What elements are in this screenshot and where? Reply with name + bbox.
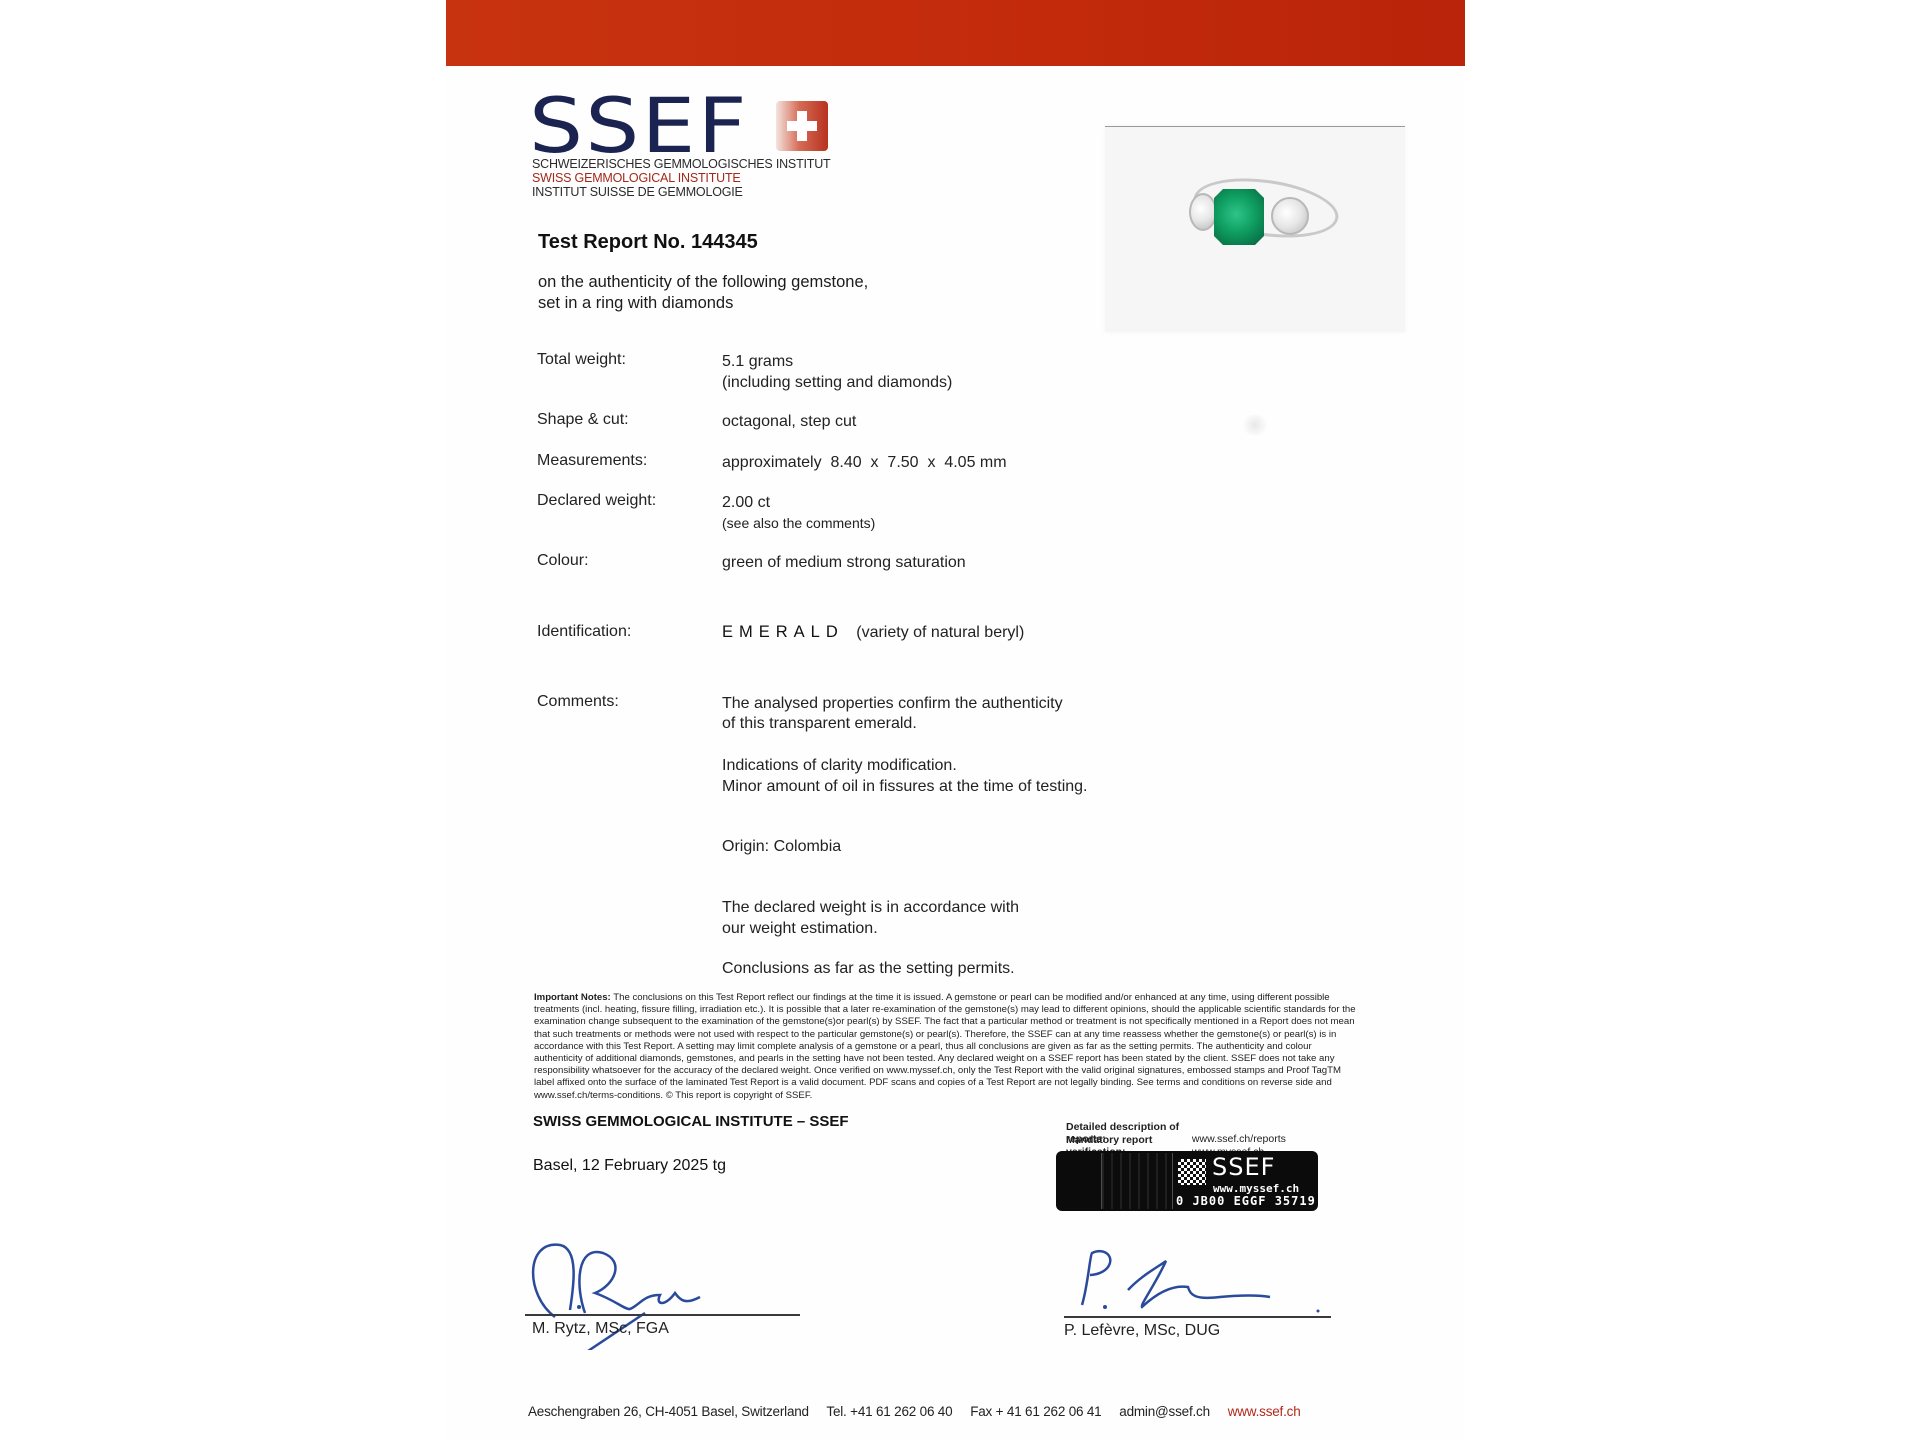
identification-note: (variety of natural beryl) (856, 624, 1024, 641)
important-notes: Important Notes: The conclusions on this… (534, 992, 1360, 1102)
identification-name: EMERALD (722, 623, 844, 641)
field-value-identification: EMERALD (variety of natural beryl) (722, 622, 1024, 643)
footer-address: Aeschengraben 26, CH-4051 Basel, Switzer… (528, 1404, 809, 1419)
comment-line: Conclusions as far as the setting permit… (722, 958, 1015, 979)
field-label-colour: Colour: (537, 552, 589, 570)
tag-logo: SSEF (1212, 1153, 1275, 1181)
comment-line: The analysed properties confirm the auth… (722, 693, 1063, 714)
field-note-total-weight: (including setting and diamonds) (722, 372, 952, 393)
comment-line: Minor amount of oil in fissures at the t… (722, 776, 1088, 797)
field-label-total-weight: Total weight: (537, 351, 626, 369)
issue-place-date: Basel, 12 February 2025 tg (533, 1157, 726, 1175)
emerald-ring-photo (1105, 126, 1405, 332)
diamond-icon (1271, 197, 1309, 235)
logo-subtitle-fr: INSTITUT SUISSE DE GEMMOLOGIE (532, 185, 743, 199)
report-intro: on the authenticity of the following gem… (538, 272, 868, 314)
field-value-shape-cut: octagonal, step cut (722, 411, 856, 432)
comment-line: our weight estimation. (722, 918, 878, 939)
field-value-colour: green of medium strong saturation (722, 552, 966, 573)
comment-line: Indications of clarity modification. (722, 755, 957, 776)
field-value-total-weight: 5.1 grams (722, 351, 793, 372)
field-label-declared-weight: Declared weight: (537, 492, 656, 510)
tag-code: 0 JB00 EGGF 35719 (1176, 1194, 1316, 1208)
logo-subtitle-en: SWISS GEMMOLOGICAL INSTITUTE (532, 171, 741, 185)
footer-website[interactable]: www.ssef.ch (1228, 1404, 1301, 1419)
footer-tel: Tel. +41 61 262 06 40 (826, 1404, 952, 1419)
diamond-icon (1189, 193, 1217, 231)
field-label-measurements: Measurements: (537, 452, 647, 470)
signatory-name: M. Rytz, MSc, FGA (532, 1320, 669, 1338)
footer-email[interactable]: admin@ssef.ch (1119, 1404, 1210, 1419)
field-label-shape-cut: Shape & cut: (537, 411, 629, 429)
intro-line: set in a ring with diamonds (538, 293, 868, 314)
logo-subtitle-de: SCHWEIZERISCHES GEMMOLOGISCHES INSTITUT (532, 157, 830, 171)
signature-line (525, 1314, 800, 1316)
hologram-strip (1101, 1153, 1173, 1209)
qr-code-icon (1178, 1159, 1206, 1185)
header-red-band (446, 0, 1465, 66)
footer-contact: Aeschengraben 26, CH-4051 Basel, Switzer… (528, 1404, 1301, 1419)
intro-line: on the authenticity of the following gem… (538, 272, 868, 293)
field-value-measurements: approximately 8.40 x 7.50 x 4.05 mm (722, 452, 1007, 473)
comment-line: The declared weight is in accordance wit… (722, 897, 1019, 918)
signatory-name: P. Lefèvre, MSc, DUG (1064, 1322, 1220, 1340)
emerald-gem-icon (1214, 189, 1264, 245)
notes-text: The conclusions on this Test Report refl… (534, 992, 1356, 1101)
comment-line: Origin: Colombia (722, 836, 841, 857)
field-value-declared-weight: 2.00 ct (722, 492, 770, 513)
field-note-declared-weight: (see also the comments) (722, 513, 875, 534)
ssef-logo: SSEF (529, 88, 749, 164)
notes-heading: Important Notes: (534, 992, 611, 1003)
field-label-identification: Identification: (537, 623, 631, 641)
field-label-comments: Comments: (537, 693, 619, 711)
swiss-cross-icon (776, 101, 828, 151)
report-title: Test Report No. 144345 (538, 231, 758, 254)
embossed-stamp (1240, 415, 1270, 435)
footer-fax: Fax + 41 61 262 06 41 (970, 1404, 1101, 1419)
comment-line: of this transparent emerald. (722, 713, 917, 734)
signature-line (1064, 1316, 1331, 1318)
issuer-institute: SWISS GEMMOLOGICAL INSTITUTE – SSEF (533, 1113, 849, 1130)
proof-tag-label: SSEF www.myssef.ch 0 JB00 EGGF 35719 (1056, 1151, 1318, 1211)
